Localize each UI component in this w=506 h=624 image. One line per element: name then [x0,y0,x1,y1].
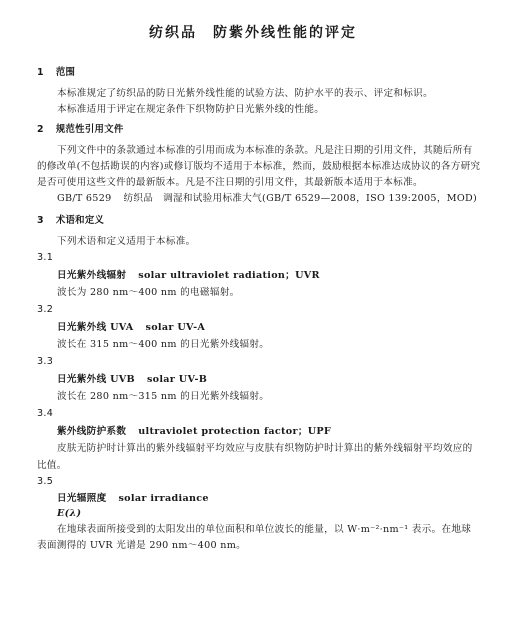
term-number: 3.2 [37,304,53,316]
document-title: 纺织品 防紫外线性能的评定 [0,22,506,42]
section-1-heading: 1范围 [37,67,75,79]
reference-code: GB/T 6529 [57,193,112,204]
term-number: 3.4 [37,408,53,420]
term-en: solar UV-A [146,322,206,333]
section-title: 术语和定义 [56,215,104,226]
section-3-heading: 3术语和定义 [37,215,104,227]
term-zh: 日光辐照度 [57,493,106,504]
paragraph-line: 是否可使用这些文件的最新版本。凡是不注日期的引用文件，其最新版本适用于本标准。 [37,177,423,189]
paragraph: 本标准规定了纺织品的防日光紫外线性能的试验方法、防护水平的表示、评定和标识。 [57,88,433,100]
term-heading: 日光紫外线 UVAsolar UV-A [57,322,205,334]
term-zh: 紫外线防护系数 [57,426,126,437]
term-definition-line: 皮肤无防护时计算出的紫外线辐射平均效应与皮肤有织物防护时计算出的紫外线辐射平均效… [57,443,473,455]
term-number: 3.5 [37,476,53,488]
paragraph: 本标准适用于评定在规定条件下织物防护日光紫外线的性能。 [57,104,324,116]
section-title: 规范性引用文件 [56,124,124,135]
term-en: solar irradiance [118,493,208,504]
term-heading: 日光紫外线 UVBsolar UV-B [57,374,207,386]
term-en: solar UV-B [147,374,207,385]
section-title: 范围 [56,67,75,78]
term-symbol: E(λ) [57,508,81,520]
section-2-heading: 2规范性引用文件 [37,124,124,136]
reference-text: 纺织品 调湿和试验用标准大气(GB/T 6529—2008，ISO 139:20… [124,193,478,204]
term-heading: 日光紫外线辐射solar ultraviolet radiation；UVR [57,270,320,282]
term-heading: 紫外线防护系数ultraviolet protection factor；UPF [57,426,331,438]
term-definition-line: 在地球表面所接受到的太阳发出的单位面积和单位波长的能量，以 W·m⁻²·nm⁻¹… [57,524,471,536]
term-zh: 日光紫外线 UVB [57,374,135,385]
term-en: ultraviolet protection factor；UPF [138,426,331,437]
section-number: 3 [37,215,44,226]
section-intro: 下列术语和定义适用于本标准。 [57,236,196,248]
section-number: 2 [37,124,44,135]
normative-reference: GB/T 6529纺织品 调湿和试验用标准大气(GB/T 6529—2008，I… [57,193,477,205]
term-definition-line: 比值。 [37,460,67,472]
term-en: solar ultraviolet radiation；UVR [138,270,319,281]
section-number: 1 [37,67,44,78]
term-definition: 波长在 315 nm～400 nm 的日光紫外线辐射。 [57,339,269,351]
paragraph-line: 的修改单(不包括勘误的内容)或修订版均不适用于本标准，然而，鼓励根据本标准达成协… [37,161,480,173]
term-zh: 日光紫外线辐射 [57,270,126,281]
term-number: 3.1 [37,252,53,264]
term-number: 3.3 [37,356,53,368]
term-zh: 日光紫外线 UVA [57,322,134,333]
term-heading: 日光辐照度solar irradiance [57,493,209,505]
term-definition-line: 表面测得的 UVR 光谱是 290 nm～400 nm。 [37,540,246,552]
term-definition: 波长为 280 nm～400 nm 的电磁辐射。 [57,287,240,299]
term-definition: 波长在 280 nm～315 nm 的日光紫外线辐射。 [57,391,269,403]
paragraph-line: 下列文件中的条款通过本标准的引用而成为本标准的条款。凡是注日期的引用文件，其随后… [57,145,473,157]
